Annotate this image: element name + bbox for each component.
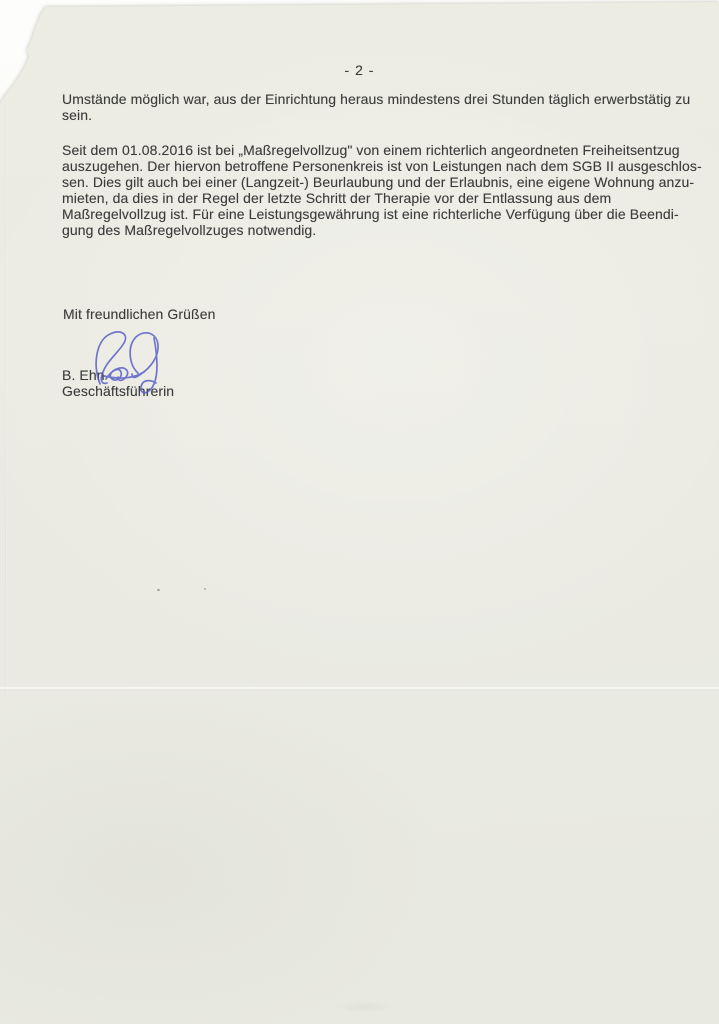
closing-salutation: Mit freundlichen Grüßen (63, 307, 215, 323)
paragraph-2: Seit dem 01.08.2016 ist bei „Maßregelvol… (62, 143, 674, 238)
paragraph-line: Maßregelvollzug ist. Für eine Leistungsg… (62, 207, 674, 223)
paragraph-1: Umstände möglich war, aus der Einrichtun… (62, 92, 674, 124)
handwritten-signature-icon (76, 327, 186, 407)
paragraph-line: mieten, da dies in der Regel der letzte … (62, 191, 674, 207)
page-number: - 2 - (0, 63, 719, 79)
letter-content: - 2 - Umstände möglich war, aus der Einr… (0, 0, 719, 1024)
paragraph-line: sen. Dies gilt auch bei einer (Langzeit-… (62, 175, 674, 191)
scanned-letter-page-2: - 2 - Umstände möglich war, aus der Einr… (0, 0, 719, 1024)
paragraph-line: Seit dem 01.08.2016 ist bei „Maßregelvol… (62, 143, 674, 159)
paragraph-line: sein. (62, 108, 674, 124)
paragraph-line: gung des Maßregelvollzuges notwendig. (62, 223, 674, 239)
paragraph-line: Umstände möglich war, aus der Einrichtun… (62, 92, 674, 108)
paragraph-line: auszugehen. Der hiervon betroffene Perso… (62, 159, 674, 175)
